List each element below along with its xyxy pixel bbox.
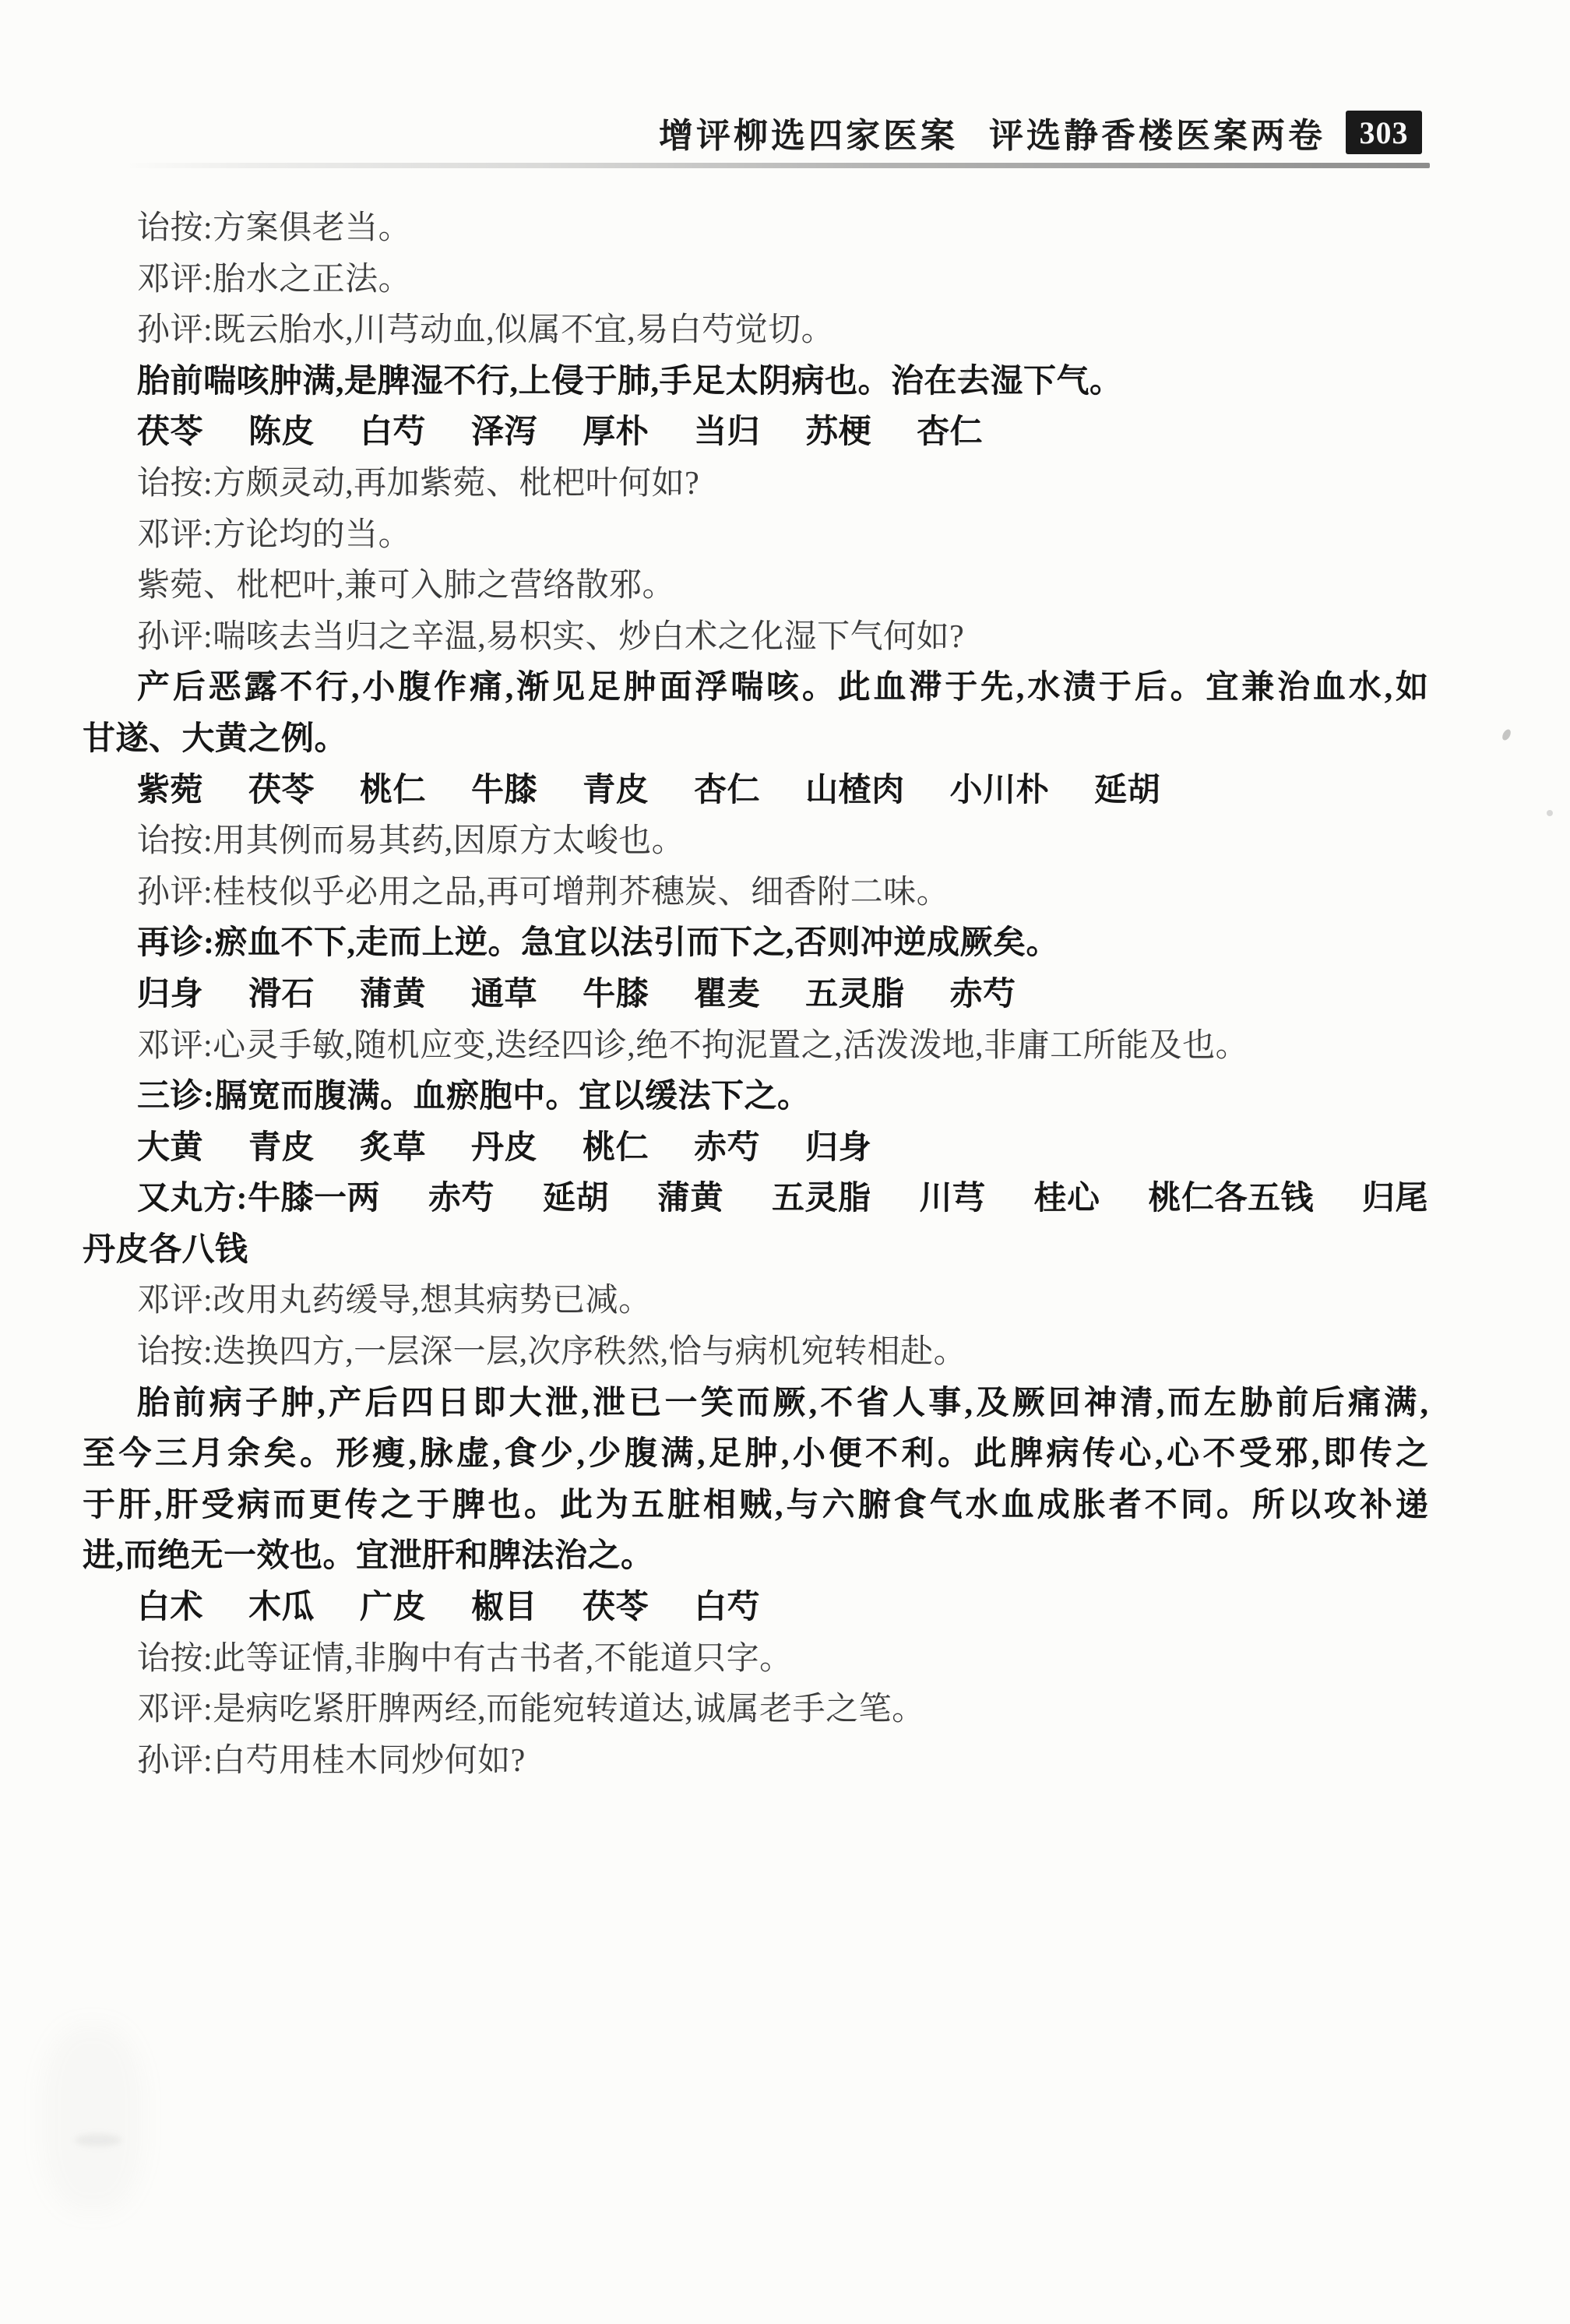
drug-name: 苏梗 xyxy=(805,414,871,450)
drug-name: 杏仁 xyxy=(694,773,760,808)
text-line: 诒按:迭换四方,一层深一层,次序秩然,恰与病机宛转相赴。 xyxy=(83,1327,1428,1379)
text-line: 邓评:是病吃紧肝脾两经,而能宛转道达,诚属老手之笔。 xyxy=(83,1685,1428,1736)
drug-name: 当归 xyxy=(694,414,760,450)
drug-name: 通草 xyxy=(471,977,537,1012)
drug-name: 川芎 xyxy=(919,1174,985,1225)
drug-name: 桃仁各五钱 xyxy=(1148,1174,1314,1225)
text-line: 邓评:心灵手敏,随机应变,迭经四诊,绝不拘泥置之,活泼泼地,非庸工所能及也。 xyxy=(83,1021,1428,1072)
drug-name: 茯苓 xyxy=(583,1590,649,1625)
drug-name: 桃仁 xyxy=(360,773,426,808)
drug-name: 白芍 xyxy=(694,1590,760,1625)
drug-list-line: 白术木瓜广皮椒目茯苓白芍 xyxy=(83,1583,1428,1634)
text-line: 孙评:既云胎水,川芎动血,似属不宜,易白芍觉切。 xyxy=(83,305,1428,357)
drug-name: 五灵脂 xyxy=(772,1174,871,1225)
drug-name: 青皮 xyxy=(583,773,649,808)
text-line: 甘遂、大黄之例。 xyxy=(83,714,1428,766)
scan-smudge xyxy=(42,2025,143,2212)
drug-name: 木瓜 xyxy=(248,1590,315,1625)
text-line: 三诊:膈宽而腹满。血瘀胞中。宜以缓法下之。 xyxy=(83,1072,1428,1123)
text-line: 诒按:方案俱老当。 xyxy=(83,203,1428,255)
text-line: 紫菀、枇杷叶,兼可入肺之营络散邪。 xyxy=(83,561,1428,612)
text-line: 诒按:用其例而易其药,因原方太峻也。 xyxy=(83,816,1428,868)
text-line: 邓评:胎水之正法。 xyxy=(83,255,1428,306)
drug-name: 桂心 xyxy=(1033,1174,1100,1225)
text-line: 再诊:瘀血不下,走而上逆。急宜以法引而下之,否则冲逆成厥矣。 xyxy=(83,918,1428,970)
drug-name: 杏仁 xyxy=(917,414,983,450)
text-line: 诒按:方颇灵动,再加紫菀、枇杷叶何如? xyxy=(83,459,1428,510)
drug-name: 蒲黄 xyxy=(657,1174,723,1225)
drug-name: 桃仁 xyxy=(583,1130,649,1166)
drug-name: 延胡 xyxy=(543,1174,609,1225)
drug-name: 又丸方:牛膝一两 xyxy=(137,1174,380,1225)
text-line: 胎前病子肿,产后四日即大泄,泄已一笑而厥,不省人事,及厥回神清,而左胁前后痛满, xyxy=(83,1379,1428,1430)
text-line: 孙评:桂枝似乎必用之品,再可增荆芥穗炭、细香附二味。 xyxy=(83,868,1428,919)
drug-name: 青皮 xyxy=(248,1130,315,1166)
drug-name: 蒲黄 xyxy=(360,977,426,1012)
drug-list-line: 大黄青皮炙草丹皮桃仁赤芍归身 xyxy=(83,1123,1428,1174)
drug-name: 滑石 xyxy=(248,977,315,1012)
drug-name: 赤芍 xyxy=(428,1174,495,1225)
drug-name: 广皮 xyxy=(360,1590,426,1625)
text-line: 于肝,肝受病而更传之于脾也。此为五脏相贼,与六腑食气水血成胀者不同。所以攻补递 xyxy=(83,1481,1428,1532)
series-title: 增评柳选四家医案 xyxy=(659,107,958,157)
drug-name: 赤芍 xyxy=(950,977,1016,1012)
text-line: 至今三月余矣。形瘦,脉虚,食少,少腹满,足肿,小便不利。此脾病传心,心不受邪,即… xyxy=(83,1429,1428,1481)
book-page: 增评柳选四家医案 评选静香楼医案两卷 303 诒按:方案俱老当。邓评:胎水之正法… xyxy=(0,0,1570,2324)
text-line: 孙评:白芍用桂木同炒何如? xyxy=(83,1736,1428,1787)
page-body: 诒按:方案俱老当。邓评:胎水之正法。孙评:既云胎水,川芎动血,似属不宜,易白芍觉… xyxy=(83,203,1428,1787)
drug-name: 归身 xyxy=(805,1130,871,1166)
drug-name: 茯苓 xyxy=(137,414,203,450)
text-line: 胎前喘咳肿满,是脾湿不行,上侵于肺,手足太阴病也。治在去湿下气。 xyxy=(83,357,1428,408)
drug-name: 牛膝 xyxy=(471,773,537,808)
scan-smudge xyxy=(75,2134,121,2146)
text-line: 邓评:方论均的当。 xyxy=(83,510,1428,562)
header-rule xyxy=(125,163,1430,168)
drug-name: 陈皮 xyxy=(248,414,315,450)
drug-name: 归身 xyxy=(137,977,203,1012)
drug-name: 山楂肉 xyxy=(805,773,905,808)
drug-name: 丹皮 xyxy=(471,1130,537,1166)
drug-name: 赤芍 xyxy=(694,1130,760,1166)
scan-speck xyxy=(1501,728,1512,741)
drug-name: 小川朴 xyxy=(950,773,1050,808)
page-header: 增评柳选四家医案 评选静香楼医案两卷 303 xyxy=(0,107,1422,157)
drug-name: 泽泻 xyxy=(471,414,537,450)
volume-title: 评选静香楼医案两卷 xyxy=(989,107,1325,157)
drug-name: 瞿麦 xyxy=(694,977,760,1012)
text-line: 进,而绝无一效也。宜泄肝和脾法治之。 xyxy=(83,1531,1428,1583)
drug-name: 茯苓 xyxy=(248,773,315,808)
drug-name: 厚朴 xyxy=(583,414,649,450)
drug-name: 紫菀 xyxy=(137,773,203,808)
drug-name: 五灵脂 xyxy=(805,977,905,1012)
text-line: 产后恶露不行,小腹作痛,渐见足肿面浮喘咳。此血滞于先,水渍于后。宜兼治血水,如 xyxy=(83,663,1428,714)
drug-name: 白芍 xyxy=(360,414,426,450)
drug-list-line: 归身滑石蒲黄通草牛膝瞿麦五灵脂赤芍 xyxy=(83,970,1428,1021)
page-number-badge: 303 xyxy=(1346,111,1422,154)
drug-list-line: 紫菀茯苓桃仁牛膝青皮杏仁山楂肉小川朴延胡 xyxy=(83,766,1428,817)
drug-name: 炙草 xyxy=(360,1130,426,1166)
text-line: 诒按:此等证情,非胸中有古书者,不能道只字。 xyxy=(83,1634,1428,1685)
drug-list-line: 茯苓陈皮白芍泽泻厚朴当归苏梗杏仁 xyxy=(83,407,1428,459)
text-line: 丹皮各八钱 xyxy=(83,1225,1428,1276)
drug-name: 椒目 xyxy=(471,1590,537,1625)
drug-name: 延胡 xyxy=(1094,773,1160,808)
drug-name: 牛膝 xyxy=(583,977,649,1012)
text-line: 孙评:喘咳去当归之辛温,易枳实、炒白术之化湿下气何如? xyxy=(83,612,1428,664)
text-line: 邓评:改用丸药缓导,想其病势已减。 xyxy=(83,1276,1428,1327)
drug-name: 白术 xyxy=(137,1590,203,1625)
drug-name: 大黄 xyxy=(137,1130,203,1166)
scan-speck xyxy=(1547,810,1553,816)
drug-name: 归尾 xyxy=(1362,1174,1428,1225)
drug-list-line: 又丸方:牛膝一两赤芍延胡蒲黄五灵脂川芎桂心桃仁各五钱归尾 xyxy=(83,1174,1428,1225)
